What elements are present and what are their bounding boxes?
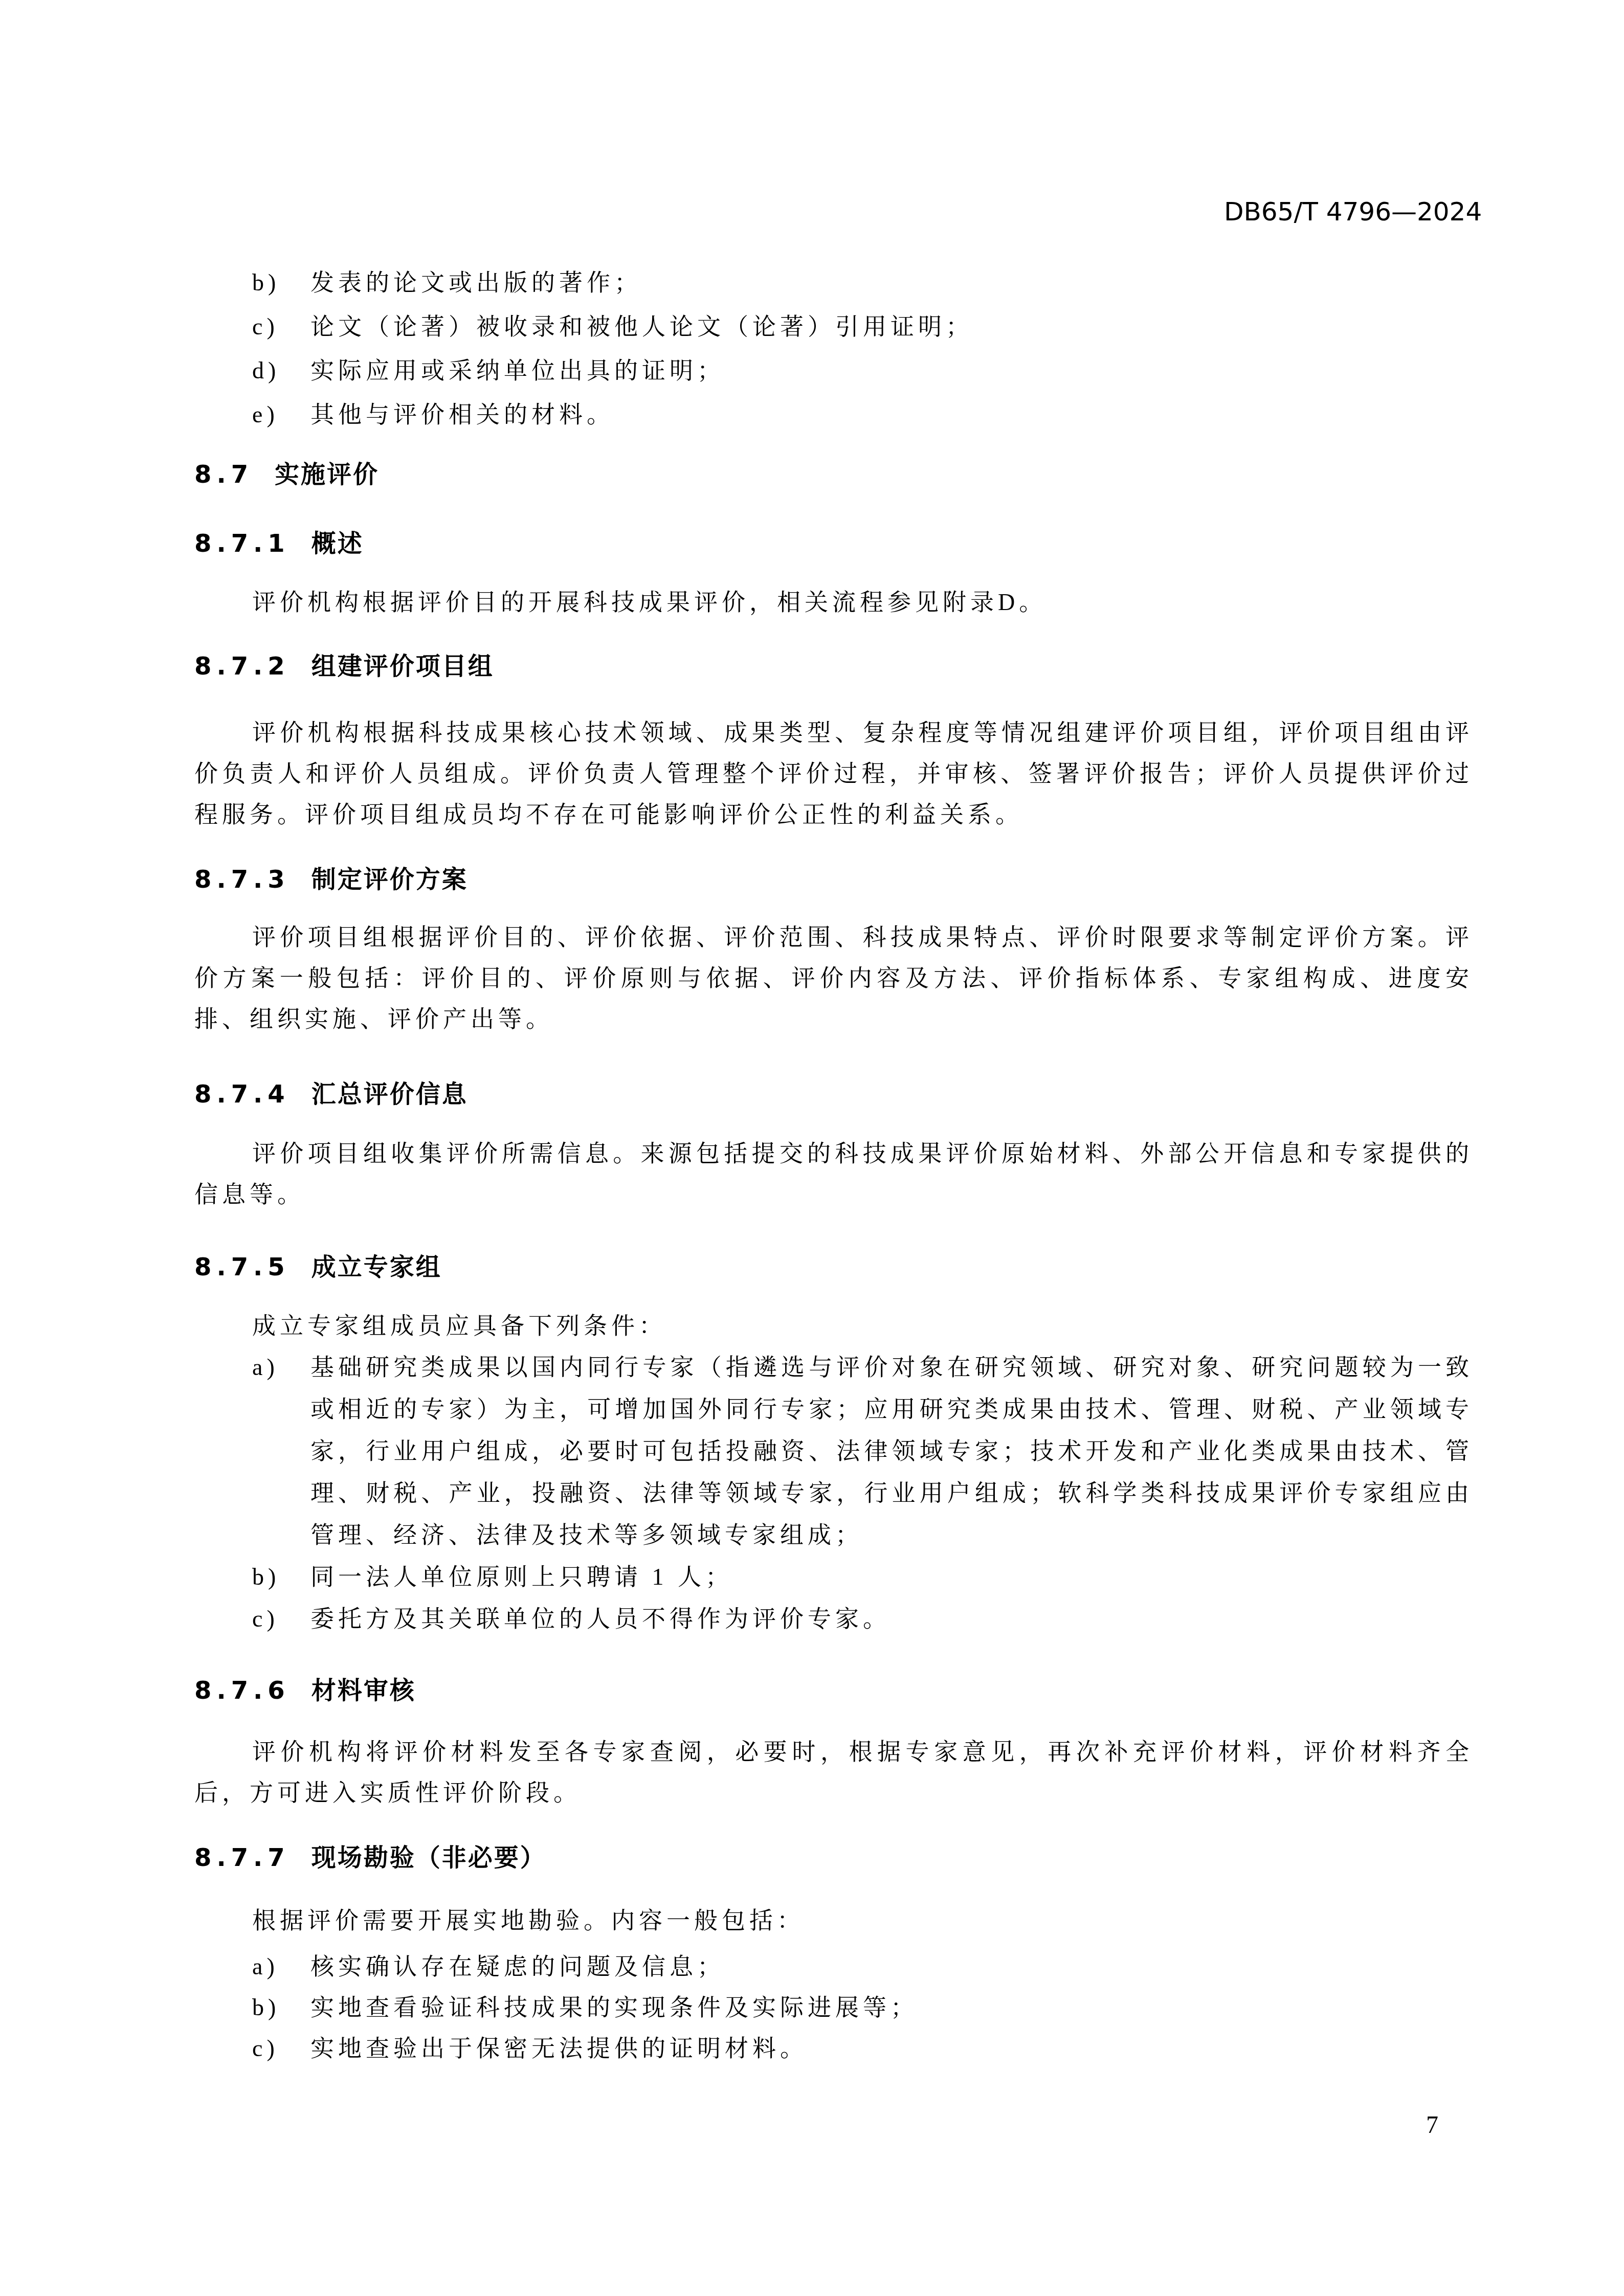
list-item: b) 发表的论文或出版的著作； [194, 261, 1473, 305]
list-item-marker: c) [252, 1598, 310, 1640]
list-item-marker: d) [252, 349, 310, 393]
list-item-marker: b) [252, 261, 310, 305]
list-item: a) 核实确认存在疑虑的问题及信息； [194, 1946, 1473, 1987]
paragraph: 评价机构将评价材料发至各专家查阅，必要时，根据专家意见，再次补充评价材料，评价材… [194, 1731, 1473, 1813]
list-item-marker: b) [252, 1556, 310, 1598]
list-item: c) 论文（论著）被收录和被他人论文（论著）引用证明； [194, 305, 1473, 349]
section-number: 8.7.4 [194, 1079, 290, 1110]
list-item-text: 论文（论著）被收录和被他人论文（论著）引用证明； [310, 305, 1473, 349]
section-number: 8.7.7 [194, 1842, 290, 1873]
list-item-marker: a) [252, 1946, 310, 1987]
list-item: d) 实际应用或采纳单位出具的证明； [194, 349, 1473, 393]
section-title: 组建评价项目组 [312, 651, 494, 682]
list-item: c) 实地查验出于保密无法提供的证明材料。 [194, 2028, 1473, 2069]
section-number: 8.7.3 [194, 864, 290, 895]
section-title: 概述 [312, 528, 364, 559]
document-body: b) 发表的论文或出版的著作； c) 论文（论著）被收录和被他人论文（论著）引用… [194, 0, 1473, 2069]
clause-list-8-7-7: a) 核实确认存在疑虑的问题及信息； b) 实地查看验证科技成果的实现条件及实际… [194, 1946, 1473, 2069]
section-title: 材料审核 [312, 1675, 416, 1706]
list-item-text: 实地查看验证科技成果的实现条件及实际进展等； [310, 1987, 1473, 2028]
list-item-text: 同一法人单位原则上只聘请 1 人； [310, 1556, 1473, 1598]
list-item-marker: e) [252, 393, 310, 437]
paragraph: 根据评价需要开展实地勘验。内容一般包括： [194, 1900, 1473, 1941]
paragraph: 评价项目组根据评价目的、评价依据、评价范围、科技成果特点、评价时限要求等制定评价… [194, 917, 1473, 1040]
page-number: 7 [1426, 2111, 1438, 2140]
list-item-text: 实地查验出于保密无法提供的证明材料。 [310, 2028, 1473, 2069]
section-number: 8.7.1 [194, 528, 290, 559]
section-heading-8-7-4: 8.7.4 汇总评价信息 [194, 1079, 1473, 1110]
list-item-text: 发表的论文或出版的著作； [310, 261, 1473, 305]
list-item-marker: b) [252, 1987, 310, 2028]
list-item-text: 实际应用或采纳单位出具的证明； [310, 349, 1473, 393]
list-item-marker: a) [252, 1346, 310, 1556]
section-number: 8.7.5 [194, 1252, 290, 1282]
section-heading-8-7: 8.7 实施评价 [194, 459, 1473, 490]
section-heading-8-7-7: 8.7.7 现场勘验（非必要） [194, 1842, 1473, 1873]
paragraph: 成立专家组成员应具备下列条件： [194, 1305, 1473, 1346]
list-item: e) 其他与评价相关的材料。 [194, 393, 1473, 437]
section-heading-8-7-6: 8.7.6 材料审核 [194, 1675, 1473, 1706]
section-number: 8.7.2 [194, 651, 290, 682]
section-number: 8.7 [194, 459, 253, 490]
section-heading-8-7-3: 8.7.3 制定评价方案 [194, 864, 1473, 895]
section-title: 现场勘验（非必要） [312, 1842, 546, 1873]
section-heading-8-7-5: 8.7.5 成立专家组 [194, 1252, 1473, 1282]
list-item-text: 基础研究类成果以国内同行专家（指遴选与评价对象在研究领域、研究对象、研究问题较为… [310, 1346, 1473, 1556]
clause-list-8-7-5: a) 基础研究类成果以国内同行专家（指遴选与评价对象在研究领域、研究对象、研究问… [194, 1346, 1473, 1640]
paragraph: 评价机构根据评价目的开展科技成果评价，相关流程参见附录D。 [194, 582, 1473, 623]
clause-list-continued: b) 发表的论文或出版的著作； c) 论文（论著）被收录和被他人论文（论著）引用… [194, 261, 1473, 437]
section-title: 实施评价 [275, 459, 379, 490]
list-item: b) 实地查看验证科技成果的实现条件及实际进展等； [194, 1987, 1473, 2028]
section-heading-8-7-1: 8.7.1 概述 [194, 528, 1473, 559]
list-item-text: 核实确认存在疑虑的问题及信息； [310, 1946, 1473, 1987]
section-heading-8-7-2: 8.7.2 组建评价项目组 [194, 651, 1473, 682]
section-title: 汇总评价信息 [312, 1079, 468, 1110]
section-number: 8.7.6 [194, 1675, 290, 1706]
list-item-text: 委托方及其关联单位的人员不得作为评价专家。 [310, 1598, 1473, 1640]
section-title: 成立专家组 [312, 1252, 442, 1282]
paragraph: 评价机构根据科技成果核心技术领域、成果类型、复杂程度等情况组建评价项目组，评价项… [194, 712, 1473, 835]
list-item: b) 同一法人单位原则上只聘请 1 人； [194, 1556, 1473, 1598]
list-item-marker: c) [252, 305, 310, 349]
document-page: DB65/T 4796—2024 b) 发表的论文或出版的著作； c) 论文（论… [0, 0, 1624, 2296]
list-item: c) 委托方及其关联单位的人员不得作为评价专家。 [194, 1598, 1473, 1640]
list-item-marker: c) [252, 2028, 310, 2069]
list-item: a) 基础研究类成果以国内同行专家（指遴选与评价对象在研究领域、研究对象、研究问… [194, 1346, 1473, 1556]
list-item-text: 其他与评价相关的材料。 [310, 393, 1473, 437]
section-title: 制定评价方案 [312, 864, 468, 895]
paragraph: 评价项目组收集评价所需信息。来源包括提交的科技成果评价原始材料、外部公开信息和专… [194, 1133, 1473, 1215]
